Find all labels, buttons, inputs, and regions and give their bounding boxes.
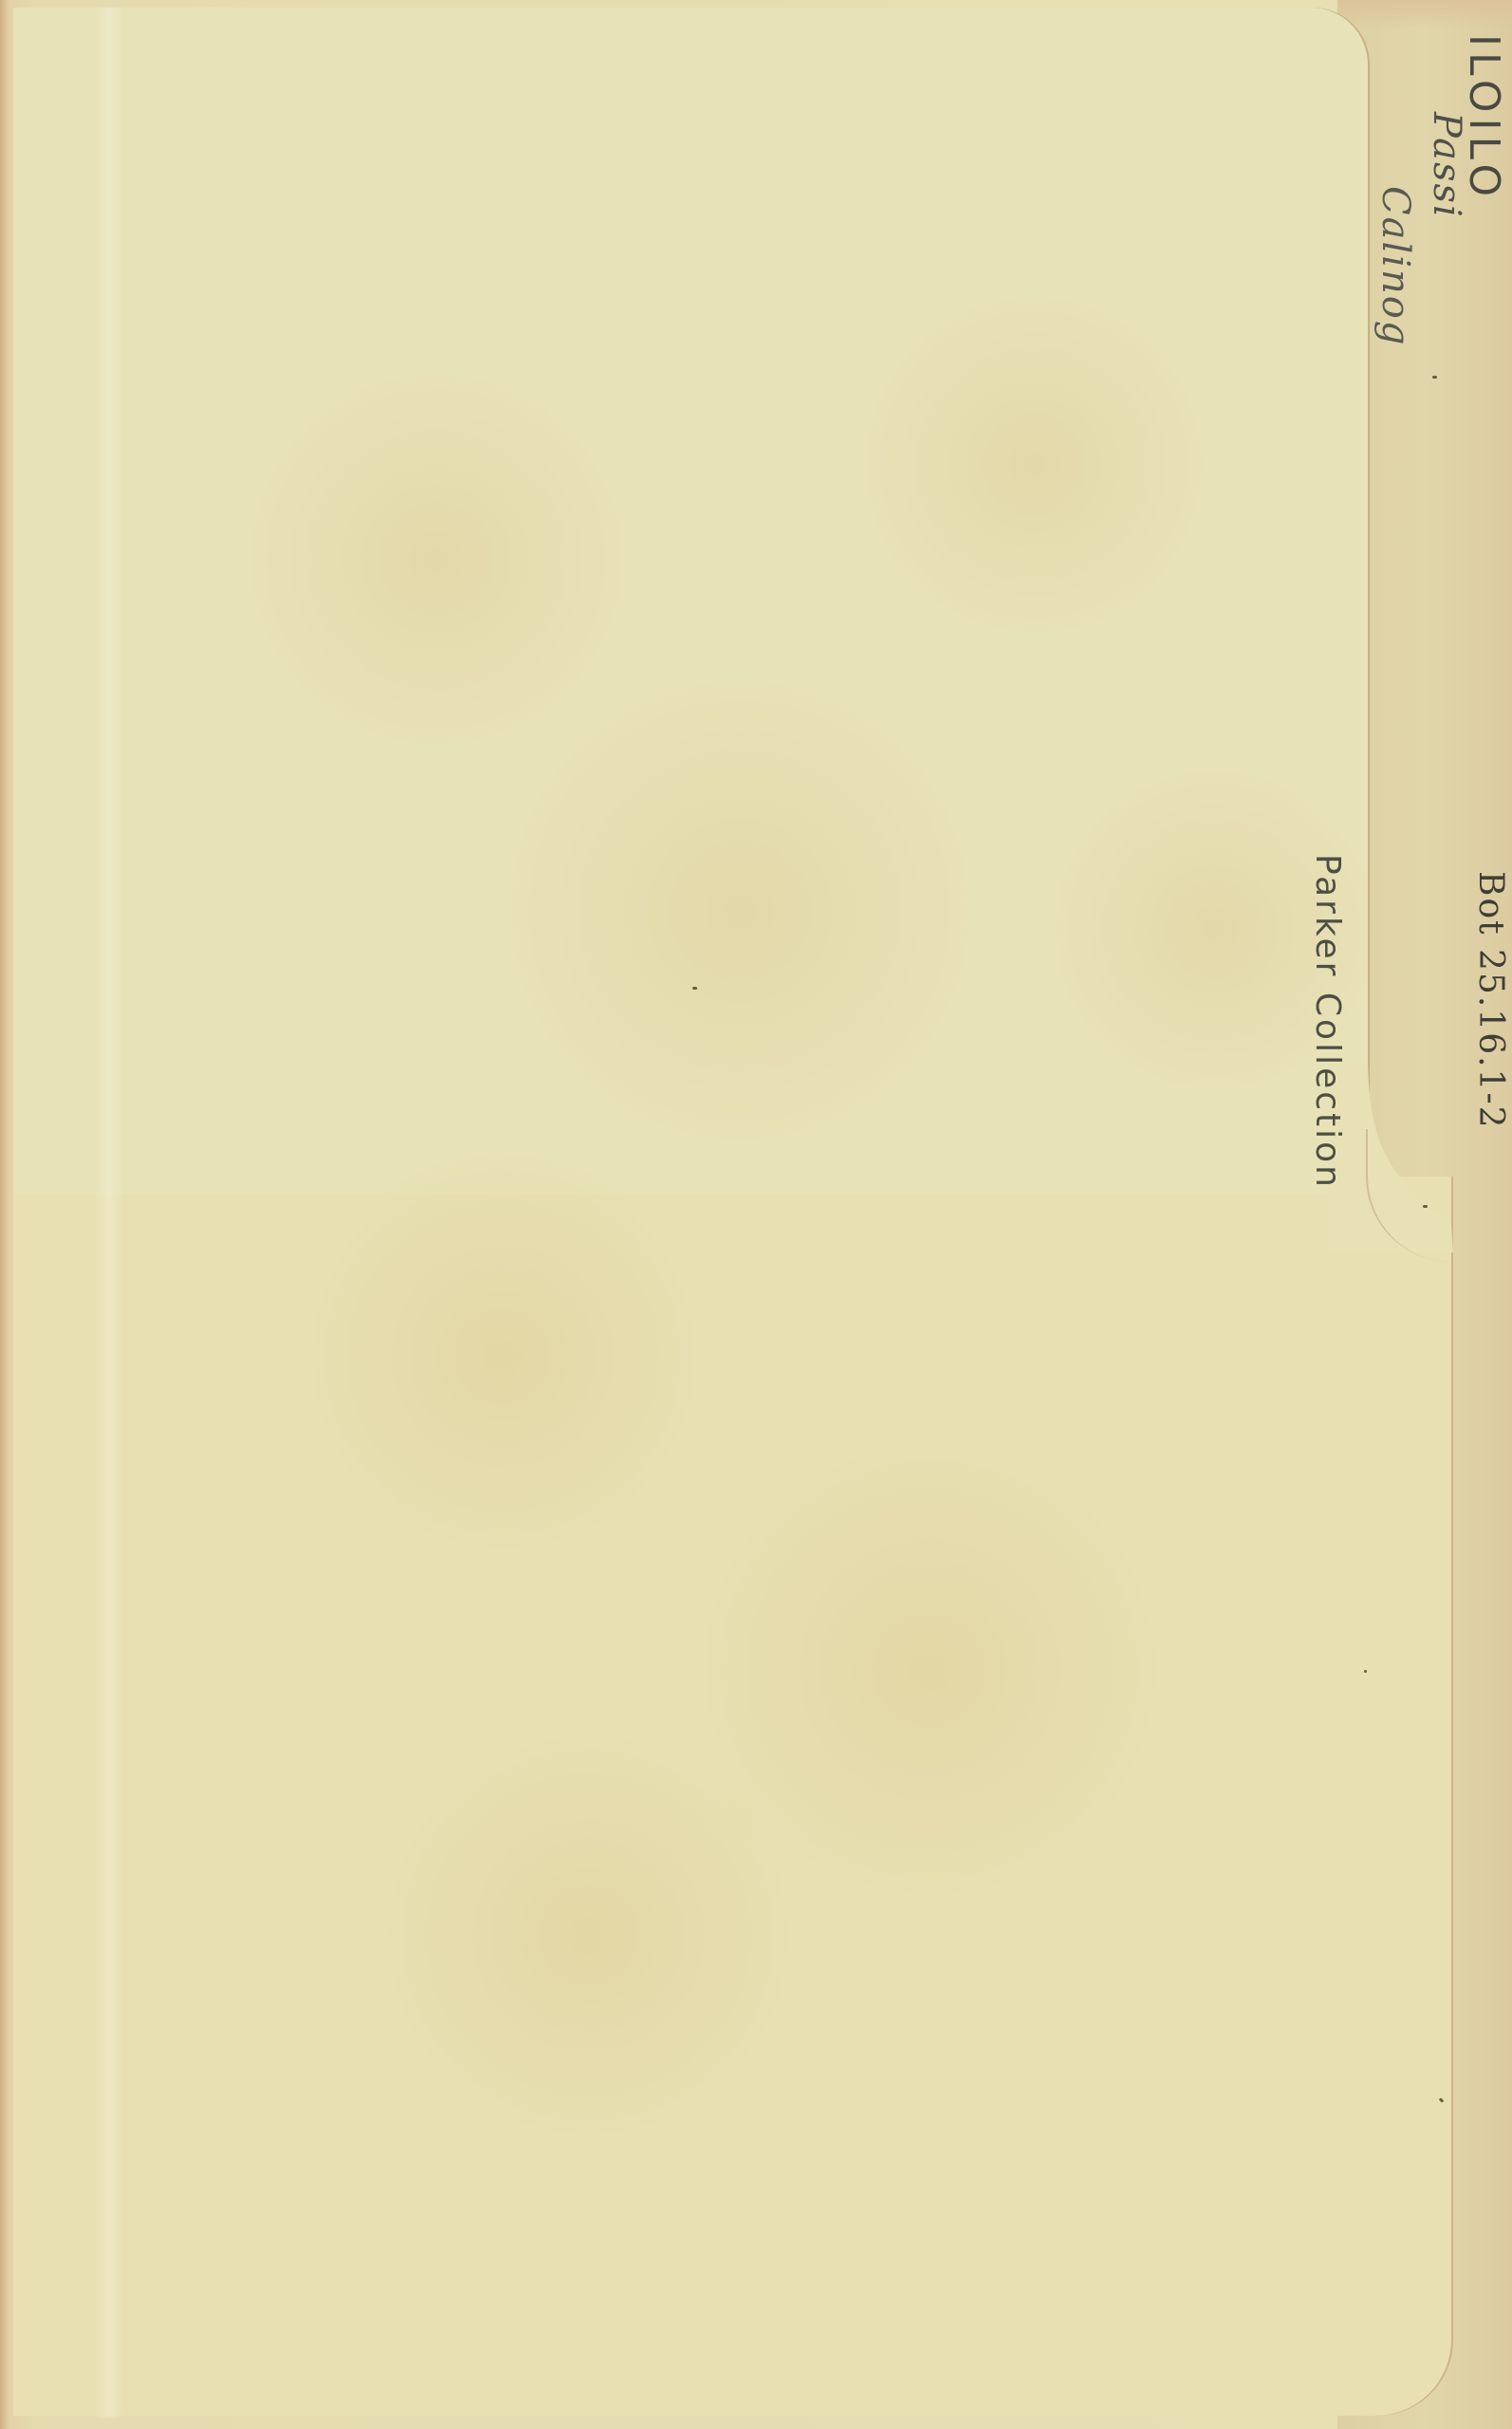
folder-front-upper-panel [13, 8, 1368, 1194]
folder-binding-stripe [95, 8, 123, 2418]
tab-label-town: Passi [1425, 112, 1468, 219]
tab-accession-number: Bot 25.16.1-2 [1471, 871, 1510, 1130]
front-collection-label: Parker Collection [1308, 854, 1347, 1190]
tab-label-village: Calinog [1374, 186, 1417, 347]
folder-front-lower-panel [13, 1177, 1451, 2416]
paper-speck [1432, 376, 1437, 379]
paper-speck [1423, 1205, 1428, 1208]
paper-speck [1364, 1670, 1367, 1673]
paper-speck [692, 987, 697, 990]
